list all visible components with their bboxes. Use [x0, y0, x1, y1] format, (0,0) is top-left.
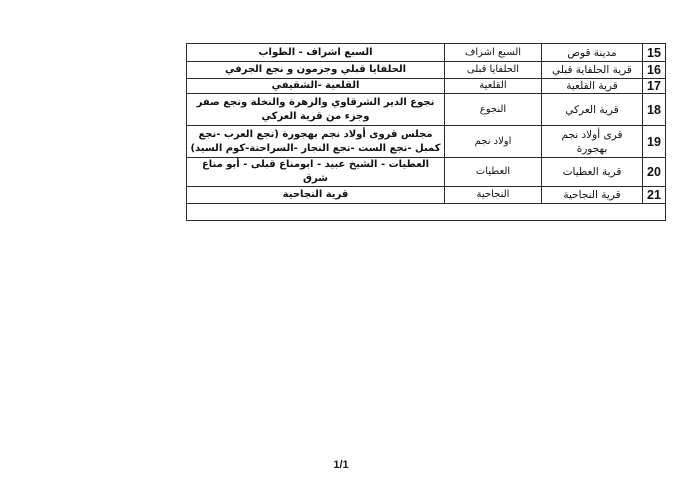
areas-cell: قرية النجاحية — [187, 187, 445, 204]
table-row: القلعية -الشقيفي القلعية قرية القلعية 17 — [187, 79, 666, 94]
table-row: قرية النجاحية النجاحية قرية النجاحية 21 — [187, 187, 666, 204]
areas-cell: القلعية -الشقيفي — [187, 79, 445, 94]
areas-cell: السبع اشراف - الطواب — [187, 44, 445, 62]
areas-cell: الحلفايا قبلي وجرمون و نجع الجرفي — [187, 62, 445, 79]
table-row: السبع اشراف - الطواب السبع اشراف مدينة ق… — [187, 44, 666, 62]
row-number-cell: 18 — [643, 94, 666, 126]
locality-cell: قرية القلعية — [542, 79, 643, 94]
locality-cell: قرى أولاد نجم بهجورة — [542, 126, 643, 158]
row-number-cell: 19 — [643, 126, 666, 158]
short-name-cell: النجوع — [445, 94, 542, 126]
areas-cell: مجلس قروى أولاد نجم بهجورة (نجع العرب -ن… — [187, 126, 445, 158]
areas-cell: العطيات - الشيخ عبيد - ابومناع قبلى - أب… — [187, 158, 445, 187]
short-name-cell: السبع اشراف — [445, 44, 542, 62]
short-name-cell: القلعية — [445, 79, 542, 94]
short-name-cell: الحلفايا قبلى — [445, 62, 542, 79]
row-number-cell: 17 — [643, 79, 666, 94]
locality-cell: قرية العركي — [542, 94, 643, 126]
row-number-cell: 16 — [643, 62, 666, 79]
row-number-cell: 20 — [643, 158, 666, 187]
locality-cell: مدينة قوص — [542, 44, 643, 62]
areas-cell: نجوع الدير الشرقاوي والزهرة والنخلة ونجع… — [187, 94, 445, 126]
locality-cell: قرية النجاحية — [542, 187, 643, 204]
table-row: مجلس قروى أولاد نجم بهجورة (نجع العرب -ن… — [187, 126, 666, 158]
districts-table: السبع اشراف - الطواب السبع اشراف مدينة ق… — [186, 43, 666, 221]
locality-cell: قرية العطيات — [542, 158, 643, 187]
row-number-cell: 21 — [643, 187, 666, 204]
short-name-cell: العطيات — [445, 158, 542, 187]
locality-cell: قرية الحلفاية قبلي — [542, 62, 643, 79]
short-name-cell: اولاد نجم — [445, 126, 542, 158]
row-number-cell: 15 — [643, 44, 666, 62]
page-indicator: 1/1 — [326, 459, 356, 471]
table-row: العطيات - الشيخ عبيد - ابومناع قبلى - أب… — [187, 158, 666, 187]
short-name-cell: النجاحية — [445, 187, 542, 204]
empty-table-row — [187, 204, 666, 221]
table-row: الحلفايا قبلي وجرمون و نجع الجرفي الحلفا… — [187, 62, 666, 79]
table-row: نجوع الدير الشرقاوي والزهرة والنخلة ونجع… — [187, 94, 666, 126]
empty-cell — [187, 204, 666, 221]
